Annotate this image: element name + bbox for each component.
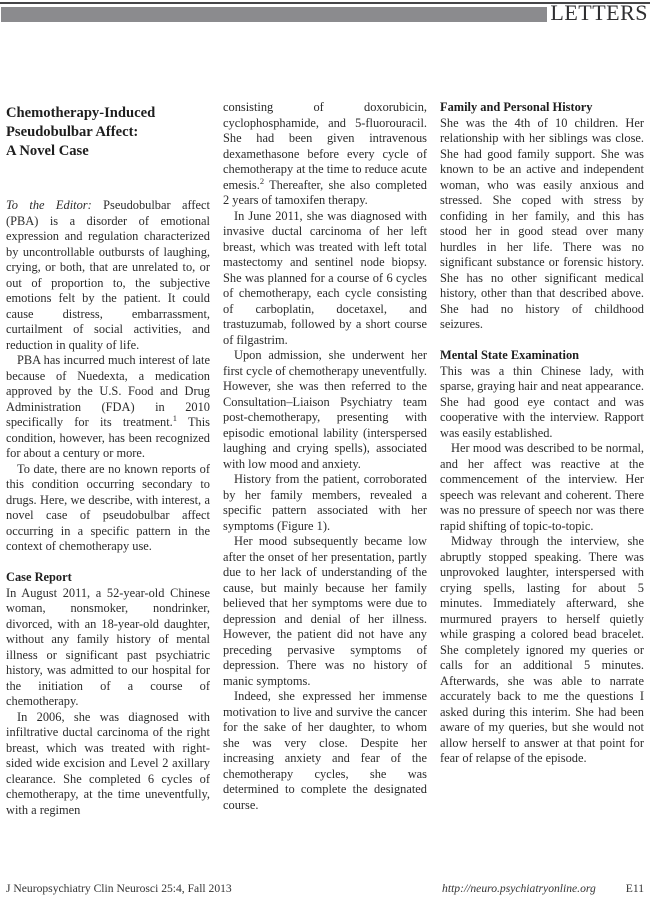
case-report-heading: Case Report <box>6 570 210 586</box>
journal-citation: J Neuropsychiatry Clin Neurosci 25:4, Fa… <box>6 882 232 895</box>
paragraph-june-2011: In June 2011, she was diagnosed with inv… <box>223 209 427 349</box>
column-3: Family and Personal History She was the … <box>440 100 644 818</box>
mse-paragraph-3: Midway through the interview, she abrupt… <box>440 534 644 767</box>
paragraph-no-known-reports: To date, there are no known reports of t… <box>6 462 210 555</box>
column-2: consisting of doxorubicin, cyclophospham… <box>223 100 427 818</box>
paragraph-upon-admission: Upon admission, she underwent her first … <box>223 348 427 472</box>
paragraph-history-pattern: History from the patient, corroborated b… <box>223 472 427 534</box>
article-columns: Chemotherapy-Induced Pseudobulbar Affect… <box>6 100 644 818</box>
family-history-heading: Family and Personal History <box>440 100 644 116</box>
intro-paragraph: To the Editor: Pseudobulbar affect (PBA)… <box>6 198 210 353</box>
intro-text: Pseudobulbar affect (PBA) is a disorder … <box>6 198 210 352</box>
paragraph-motivation: Indeed, she expressed her immense motiva… <box>223 689 427 813</box>
section-title: LETTERS <box>550 2 648 24</box>
family-history-paragraph: She was the 4th of 10 children. Her rela… <box>440 116 644 333</box>
case-report-paragraph-2-continued: consisting of doxorubicin, cyclophospham… <box>223 100 427 209</box>
mse-paragraph-2: Her mood was described to be normal, and… <box>440 441 644 534</box>
mse-paragraph-1: This was a thin Chinese lady, with spars… <box>440 364 644 442</box>
page-footer: J Neuropsychiatry Clin Neurosci 25:4, Fa… <box>6 882 644 895</box>
letters-journal-page: LETTERS Chemotherapy-Induced Pseudobulba… <box>0 0 650 909</box>
article-title: Chemotherapy-Induced Pseudobulbar Affect… <box>6 104 210 161</box>
paragraph-pba-interest: PBA has incurred much interest of late b… <box>6 353 210 462</box>
page-number: E11 <box>626 882 644 895</box>
to-the-editor-lead: To the Editor: <box>6 198 92 212</box>
paragraph-mood-low: Her mood subsequently became low after t… <box>223 534 427 689</box>
column-1: Chemotherapy-Induced Pseudobulbar Affect… <box>6 100 210 818</box>
case-report-paragraph-1: In August 2011, a 52-year-old Chinese wo… <box>6 586 210 710</box>
case-report-paragraph-2-start: In 2006, she was diagnosed with infiltra… <box>6 710 210 819</box>
journal-url: http://neuro.psychiatryonline.org <box>442 882 596 895</box>
mental-state-heading: Mental State Examination <box>440 348 644 364</box>
footer-right: http://neuro.psychiatryonline.org E11 <box>442 882 644 895</box>
header-gray-bar <box>1 7 547 22</box>
